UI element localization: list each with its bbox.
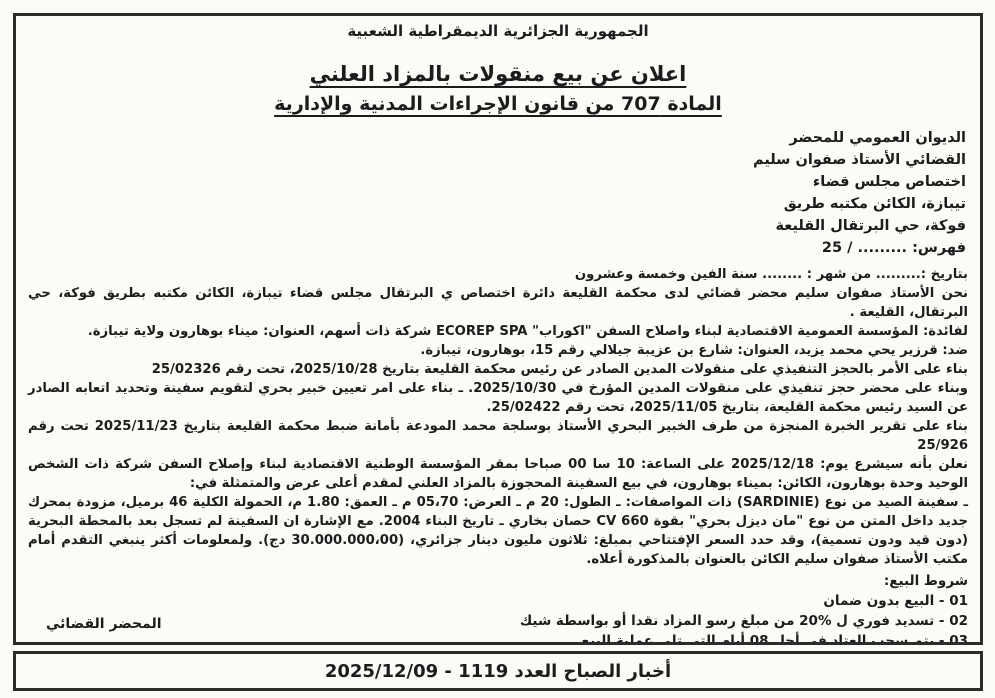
condition-item: 01 - البيع بدون ضمان <box>28 591 968 611</box>
office-line: فوكة، حي البرتقال القليعة <box>28 215 966 237</box>
newspaper-footer-box: أخبار الصباح العدد 1119 - 2025/12/09 <box>13 651 983 691</box>
office-line: تيبازة، الكائن مكتبه طريق <box>28 193 966 215</box>
article-subtitle: المادة 707 من قانون الإجراءات المدنية وا… <box>28 93 968 115</box>
page-title: اعلان عن بيع منقولات بالمزاد العلني <box>28 62 968 86</box>
office-line: القضائي الأستاذ صفوان سليم <box>28 149 966 171</box>
body-paragraph-sale-announcement: نعلن بأنه سيشرع يوم: 2025/12/18 على السا… <box>28 455 968 493</box>
notice-main-frame: الجمهورية الجزائرية الديمقراطية الشعبية … <box>13 13 983 645</box>
body-paragraph-beneficiary: لفائدة: المؤسسة العمومية الاقتصادية لبنا… <box>28 322 968 341</box>
office-line: الديوان العمومي للمحضر <box>28 127 966 149</box>
sale-conditions: شروط البيع: 01 - البيع بدون ضمان 02 - تس… <box>28 571 968 645</box>
body-paragraph-seizure-report: وبناء على محضر حجز تنفيذي على منقولات ال… <box>28 379 968 417</box>
body-paragraph-against: ضد: قرزير يحي محمد يزيد، العنوان: شارع ب… <box>28 341 968 360</box>
scanned-auction-notice-page: الجمهورية الجزائرية الديمقراطية الشعبية … <box>0 0 995 698</box>
bailiff-office-block: الديوان العمومي للمحضر القضائي الأستاذ ص… <box>28 127 968 259</box>
body-paragraph-bailiff: نحن الأستاذ صفوان سليم محضر قضائي لدى مح… <box>28 284 968 322</box>
bailiff-signature-label: المحضر القضائي <box>46 616 162 632</box>
body-paragraph-expert-report: بناء على تقرير الخبرة المنجزة من طرف الخ… <box>28 417 968 455</box>
body-paragraph-vessel-description: ـ سفينة الصيد من نوع (SARDINIE) ذات المو… <box>28 493 968 569</box>
sale-conditions-heading: شروط البيع: <box>28 571 968 591</box>
office-line: اختصاص مجلس قضاء <box>28 171 966 193</box>
condition-item: 03 - يتم سحب العتاد في أجل 08 أيام التي … <box>28 631 968 645</box>
body-paragraph-date: بتاريخ :......... من شهر : ........ سنة … <box>28 265 968 284</box>
condition-item: 02 - تسديد فوري ل %20 من مبلغ رسو المزاد… <box>28 611 968 631</box>
republic-header: الجمهورية الجزائرية الديمقراطية الشعبية <box>28 22 968 40</box>
newspaper-footer-text: أخبار الصباح العدد 1119 - 2025/12/09 <box>325 661 671 682</box>
notice-body: بتاريخ :......... من شهر : ........ سنة … <box>28 265 968 569</box>
body-paragraph-seizure-order: بناء على الأمر بالحجز التنفيذي على منقول… <box>28 360 968 379</box>
office-index-line: فهرس: ......... / 25 <box>28 237 966 259</box>
